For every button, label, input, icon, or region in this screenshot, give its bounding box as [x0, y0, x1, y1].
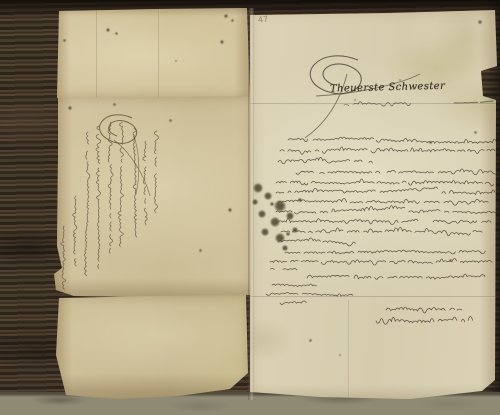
address-handwriting — [54, 96, 253, 297]
handwriting-line — [276, 187, 495, 195]
ink-speck — [169, 119, 172, 122]
ink-speck — [309, 339, 312, 342]
fold-crease — [96, 6, 98, 98]
handwriting-line — [296, 169, 498, 175]
letter-bottom-flap — [56, 295, 248, 399]
ink-speck — [449, 259, 452, 262]
mold-spot — [264, 192, 272, 200]
pencil-number: 47 — [257, 14, 268, 24]
handwriting-line — [278, 219, 491, 225]
address-handwriting-column — [96, 126, 101, 269]
ink-speck — [106, 28, 110, 32]
ink-speck — [63, 39, 66, 42]
ink-speck — [228, 208, 232, 212]
calligraphic-flourish-address-tail — [114, 136, 150, 196]
crease-ink-dash — [454, 101, 493, 103]
letter-handwriting — [250, 10, 497, 406]
ink-speck — [68, 106, 72, 110]
photo-of-folded-letter: Theuerste Schwester 47 — [0, 0, 500, 415]
address-handwriting-column — [73, 196, 77, 266]
mold-spot — [298, 198, 302, 202]
handwriting-line — [278, 157, 373, 163]
handwriting-line — [307, 274, 485, 279]
handwriting-line — [285, 250, 485, 254]
mold-spot — [270, 202, 274, 206]
address-handwriting-column — [143, 141, 147, 225]
address-handwriting-column — [154, 131, 158, 213]
mold-spot — [292, 227, 298, 233]
signature-handwriting — [376, 316, 473, 324]
handwriting-line — [270, 268, 296, 270]
handwriting-line — [270, 259, 492, 265]
dateline-handwriting — [272, 284, 317, 287]
letter-top-flap — [56, 6, 250, 98]
handwriting-line — [280, 147, 495, 154]
ink-speck — [224, 14, 228, 18]
address-handwriting-column — [85, 132, 91, 276]
mold-spot — [258, 210, 266, 218]
mold-spot — [286, 232, 290, 236]
ink-speck — [220, 40, 224, 44]
dateline-handwriting — [266, 293, 353, 297]
ink-speck — [113, 103, 116, 106]
mold-spot — [253, 183, 263, 193]
signature-handwriting — [386, 307, 462, 313]
handwriting-line — [281, 227, 482, 235]
ink-speck — [429, 141, 432, 144]
mold-spot — [274, 200, 286, 212]
ink-speck — [199, 249, 202, 252]
salutation-subline-handwriting — [344, 102, 414, 106]
mold-spot — [286, 212, 294, 220]
fold-crease — [158, 6, 160, 98]
ink-speck — [175, 60, 177, 62]
calligraphic-flourish-address — [100, 115, 137, 144]
handwriting-line — [276, 206, 496, 214]
mold-spot — [282, 245, 288, 251]
ink-speck — [115, 32, 118, 35]
handwriting-line — [288, 137, 496, 143]
address-handwriting-column — [118, 123, 124, 247]
mold-spot — [275, 233, 285, 243]
handwriting-line — [278, 238, 355, 246]
letter-page: Theuerste Schwester 47 — [250, 10, 497, 406]
center-fold-shadow — [248, 8, 254, 400]
ink-speck — [231, 19, 234, 22]
mold-spot — [270, 217, 280, 227]
handwriting-line — [278, 198, 491, 205]
address-handwriting-column — [61, 226, 66, 289]
ink-speck — [478, 20, 482, 24]
mold-spot — [261, 228, 269, 236]
dateline-handwriting — [280, 301, 306, 305]
handwriting-line — [276, 179, 494, 186]
ink-speck — [474, 131, 477, 134]
letter-address-panel — [54, 96, 253, 297]
